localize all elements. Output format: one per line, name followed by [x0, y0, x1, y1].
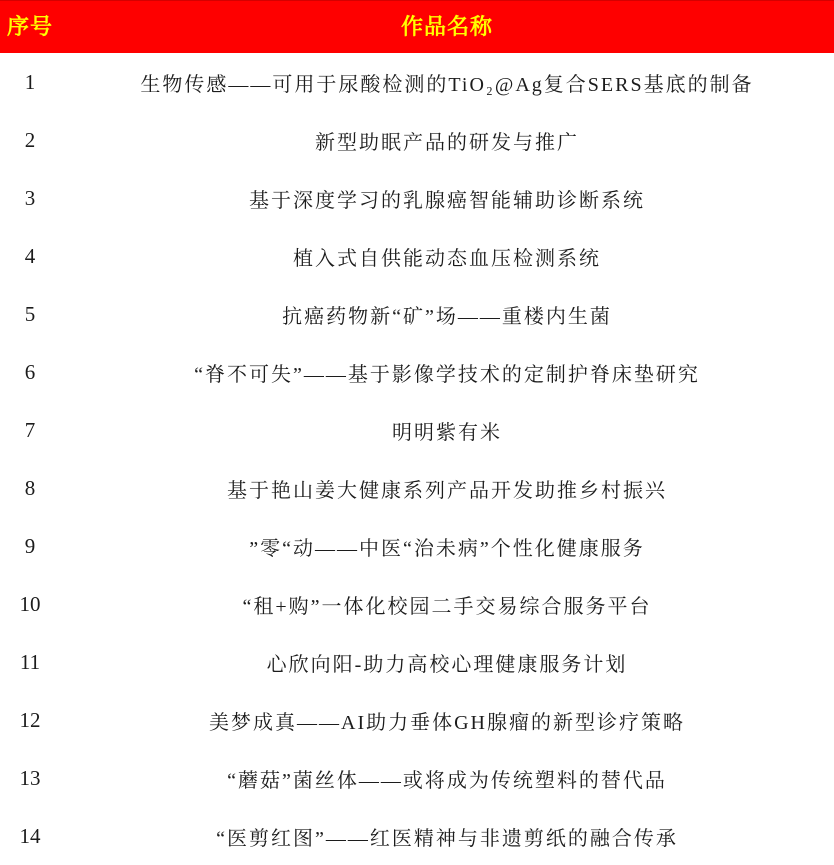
table-row: 9”零“动——中医“治未病”个性化健康服务: [0, 517, 834, 575]
serial-number-cell: 9: [0, 534, 60, 559]
work-name-cell: 生物传感——可用于尿酸检测的TiO₂@Ag复合SERS基底的制备: [60, 68, 834, 97]
serial-number-cell: 1: [0, 70, 60, 95]
header-work-name: 作品名称: [60, 16, 834, 38]
serial-number-cell: 13: [0, 766, 60, 791]
serial-number-cell: 4: [0, 244, 60, 269]
table-row: 8基于艳山姜大健康系列产品开发助推乡村振兴: [0, 459, 834, 517]
table-row: 2新型助眠产品的研发与推广: [0, 111, 834, 169]
work-name-cell: “医剪红图”——红医精神与非遗剪纸的融合传承: [60, 822, 834, 851]
work-name-cell: “租+购”一体化校园二手交易综合服务平台: [60, 590, 834, 619]
table-row: 10“租+购”一体化校园二手交易综合服务平台: [0, 575, 834, 633]
table-row: 12美梦成真——AI助力垂体GH腺瘤的新型诊疗策略: [0, 691, 834, 749]
serial-number-cell: 11: [0, 650, 60, 675]
table-row: 14“医剪红图”——红医精神与非遗剪纸的融合传承: [0, 807, 834, 865]
work-name-cell: 美梦成真——AI助力垂体GH腺瘤的新型诊疗策略: [60, 706, 834, 735]
table-body: 1生物传感——可用于尿酸检测的TiO₂@Ag复合SERS基底的制备2新型助眠产品…: [0, 53, 834, 865]
table-row: 1生物传感——可用于尿酸检测的TiO₂@Ag复合SERS基底的制备: [0, 53, 834, 111]
works-table: 序号 作品名称 1生物传感——可用于尿酸检测的TiO₂@Ag复合SERS基底的制…: [0, 0, 834, 865]
table-row: 4植入式自供能动态血压检测系统: [0, 227, 834, 285]
table-row: 11心欣向阳-助力高校心理健康服务计划: [0, 633, 834, 691]
serial-number-cell: 5: [0, 302, 60, 327]
serial-number-cell: 12: [0, 708, 60, 733]
serial-number-cell: 3: [0, 186, 60, 211]
table-row: 5抗癌药物新“矿”场——重楼内生菌: [0, 285, 834, 343]
table-row: 13“蘑菇”菌丝体——或将成为传统塑料的替代品: [0, 749, 834, 807]
table-header-row: 序号 作品名称: [0, 0, 834, 53]
work-name-cell: “蘑菇”菌丝体——或将成为传统塑料的替代品: [60, 764, 834, 793]
work-name-cell: 明明紫有米: [60, 416, 834, 445]
serial-number-cell: 7: [0, 418, 60, 443]
serial-number-cell: 8: [0, 476, 60, 501]
table-row: 6“脊不可失”——基于影像学技术的定制护脊床垫研究: [0, 343, 834, 401]
serial-number-cell: 10: [0, 592, 60, 617]
work-name-cell: ”零“动——中医“治未病”个性化健康服务: [60, 532, 834, 561]
work-name-cell: 新型助眠产品的研发与推广: [60, 126, 834, 155]
work-name-cell: 植入式自供能动态血压检测系统: [60, 242, 834, 271]
work-name-cell: 心欣向阳-助力高校心理健康服务计划: [60, 648, 834, 677]
serial-number-cell: 2: [0, 128, 60, 153]
table-row: 3基于深度学习的乳腺癌智能辅助诊断系统: [0, 169, 834, 227]
serial-number-cell: 6: [0, 360, 60, 385]
table-row: 7明明紫有米: [0, 401, 834, 459]
header-serial-number: 序号: [0, 16, 60, 38]
serial-number-cell: 14: [0, 824, 60, 849]
work-name-cell: “脊不可失”——基于影像学技术的定制护脊床垫研究: [60, 358, 834, 387]
work-name-cell: 抗癌药物新“矿”场——重楼内生菌: [60, 300, 834, 329]
work-name-cell: 基于深度学习的乳腺癌智能辅助诊断系统: [60, 184, 834, 213]
work-name-cell: 基于艳山姜大健康系列产品开发助推乡村振兴: [60, 474, 834, 503]
